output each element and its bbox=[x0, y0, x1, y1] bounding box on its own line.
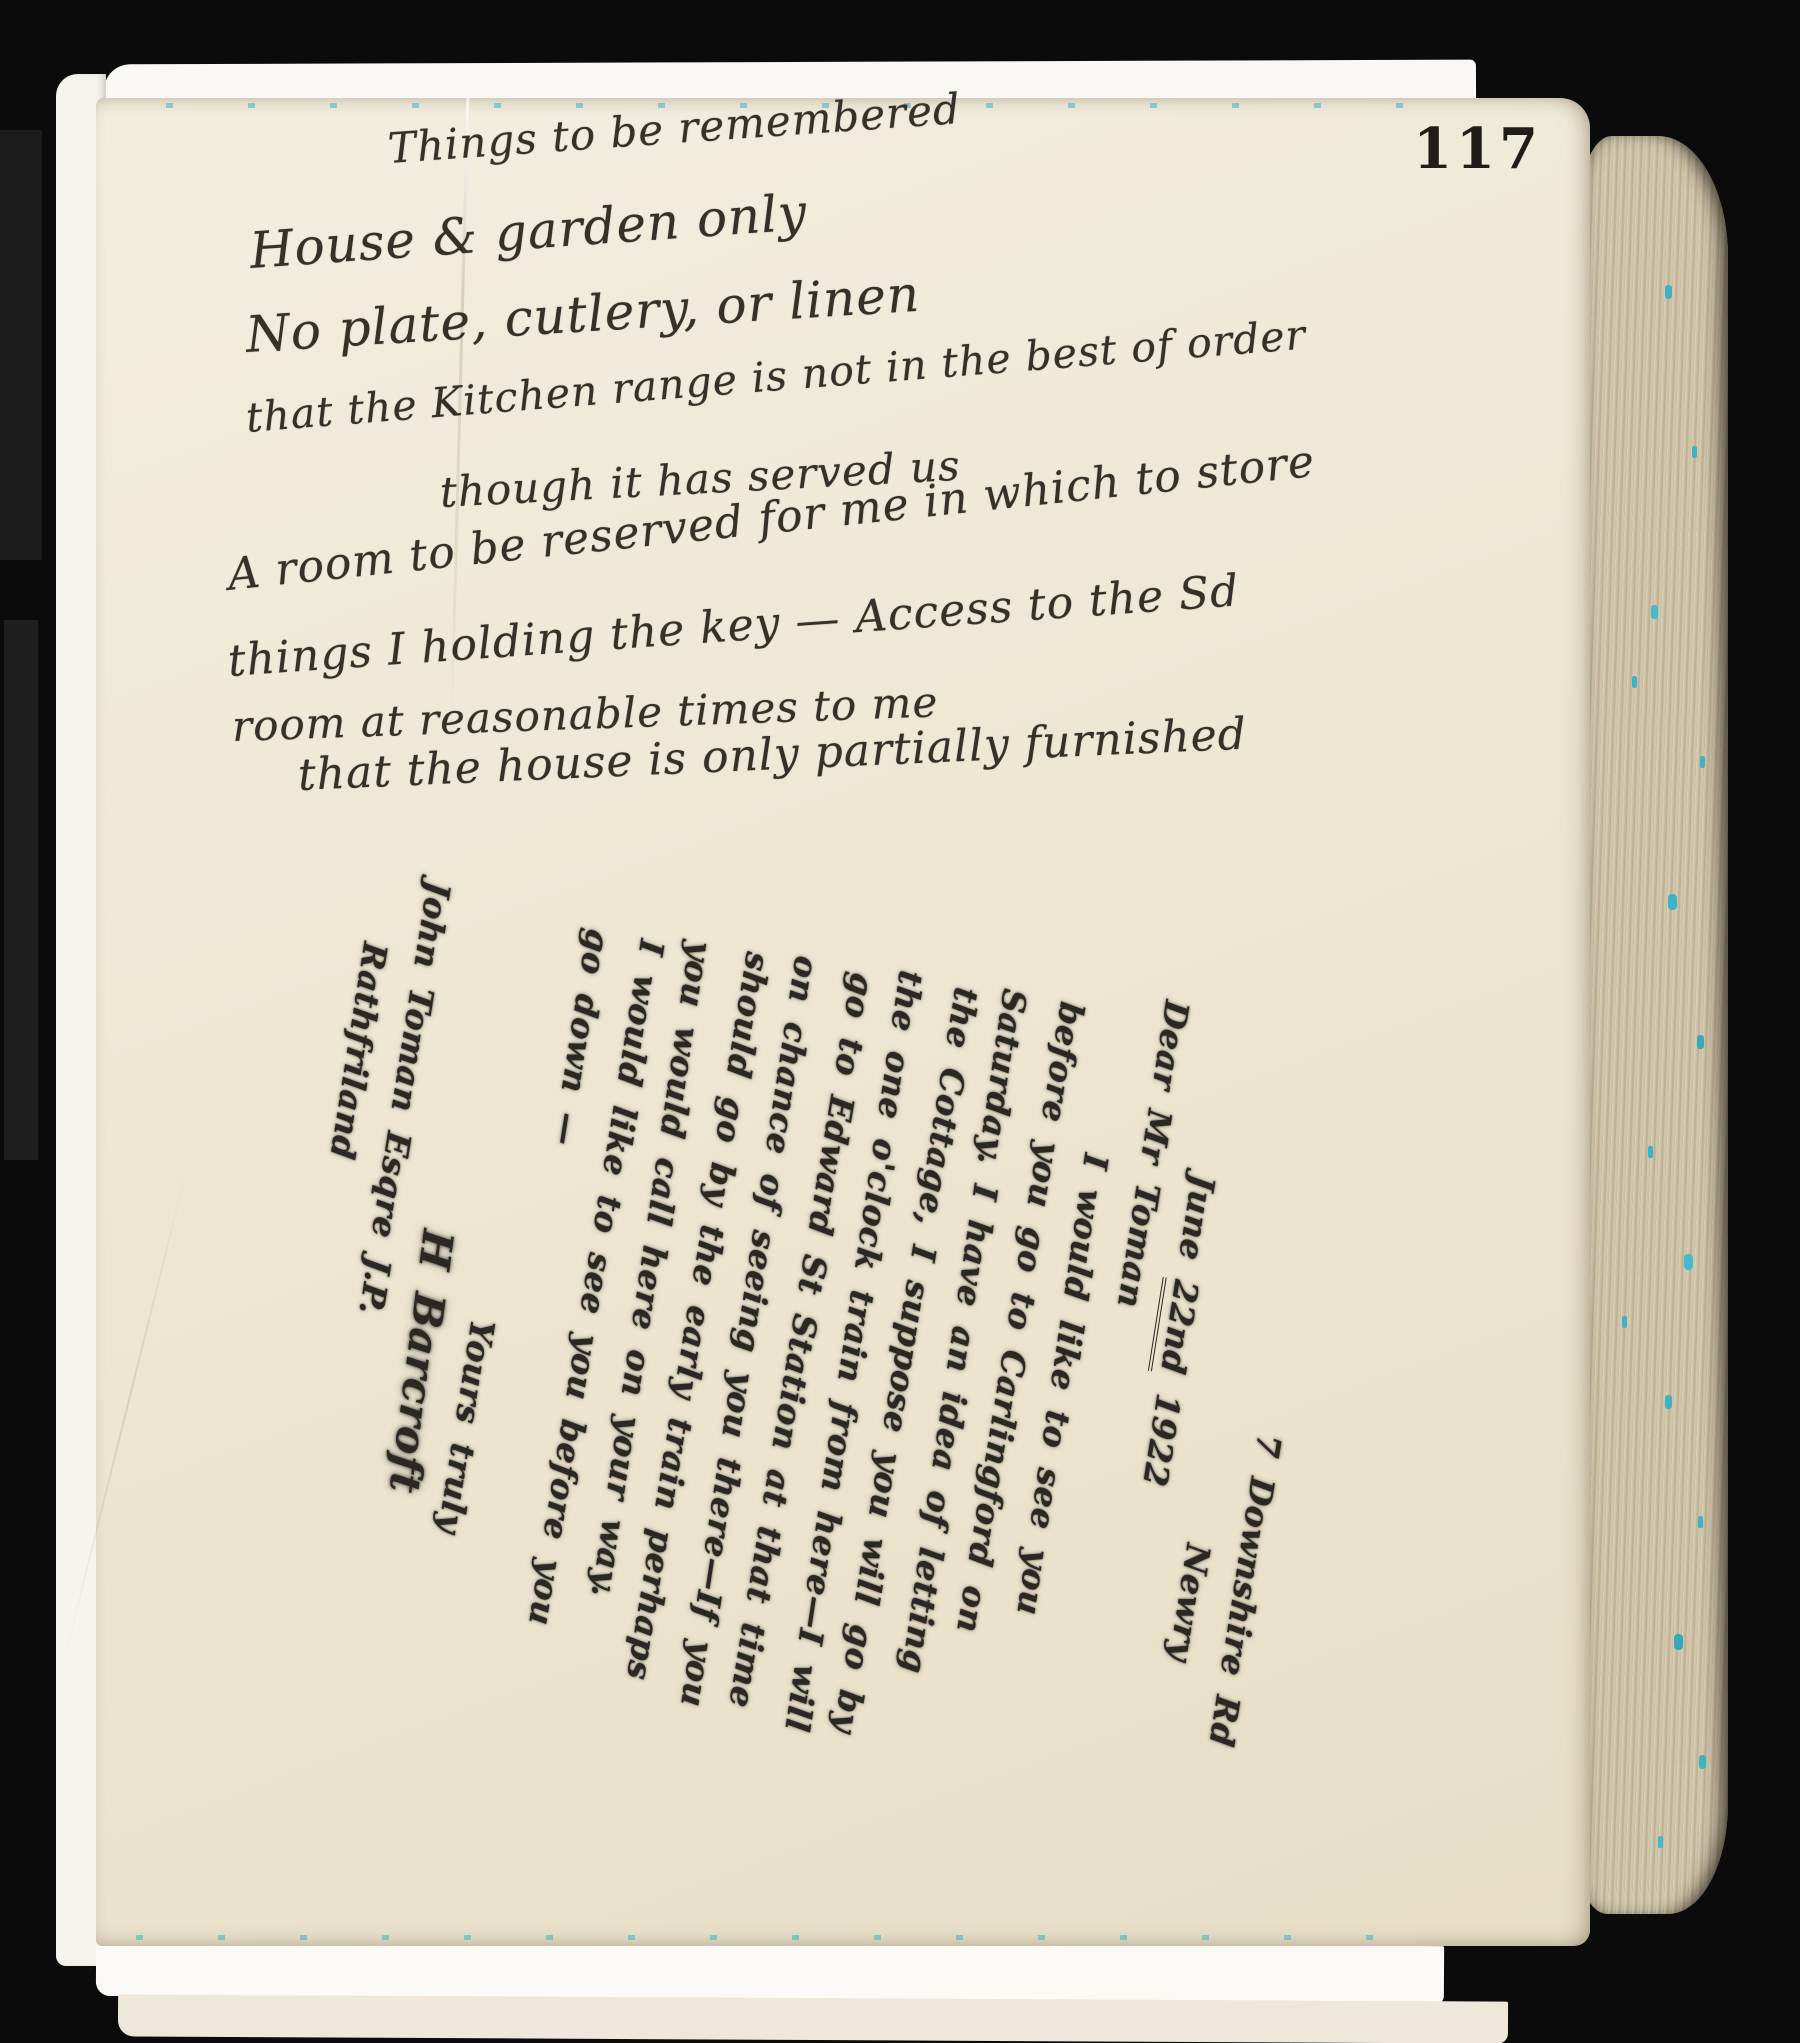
blue-dash-row-bottom bbox=[136, 1935, 1380, 1940]
letter-date-year: 1922 bbox=[1135, 1371, 1191, 1490]
letter-date-month: June bbox=[1168, 1172, 1223, 1283]
under-sheet-bottom-edge bbox=[96, 1938, 1444, 2004]
notebook-page: 117 Things to be remembered House & gard… bbox=[96, 98, 1590, 1946]
notes-title: Things to be remembered bbox=[386, 84, 962, 173]
under-sheet-bottom-edge-2 bbox=[118, 1994, 1508, 2043]
book-shadow-sliver bbox=[4, 620, 38, 1160]
pasted-letter: 7 Downshire Rd Newry June 22nd 1922 Dear… bbox=[219, 863, 1362, 1757]
book-fore-edge-pages bbox=[1582, 136, 1728, 1914]
note-line: House & garden only bbox=[248, 183, 809, 280]
page-number: 117 bbox=[1413, 116, 1542, 182]
photograph-of-open-notebook: 117 Things to be remembered House & gard… bbox=[0, 0, 1800, 2043]
book-shadow-sliver bbox=[0, 130, 42, 560]
